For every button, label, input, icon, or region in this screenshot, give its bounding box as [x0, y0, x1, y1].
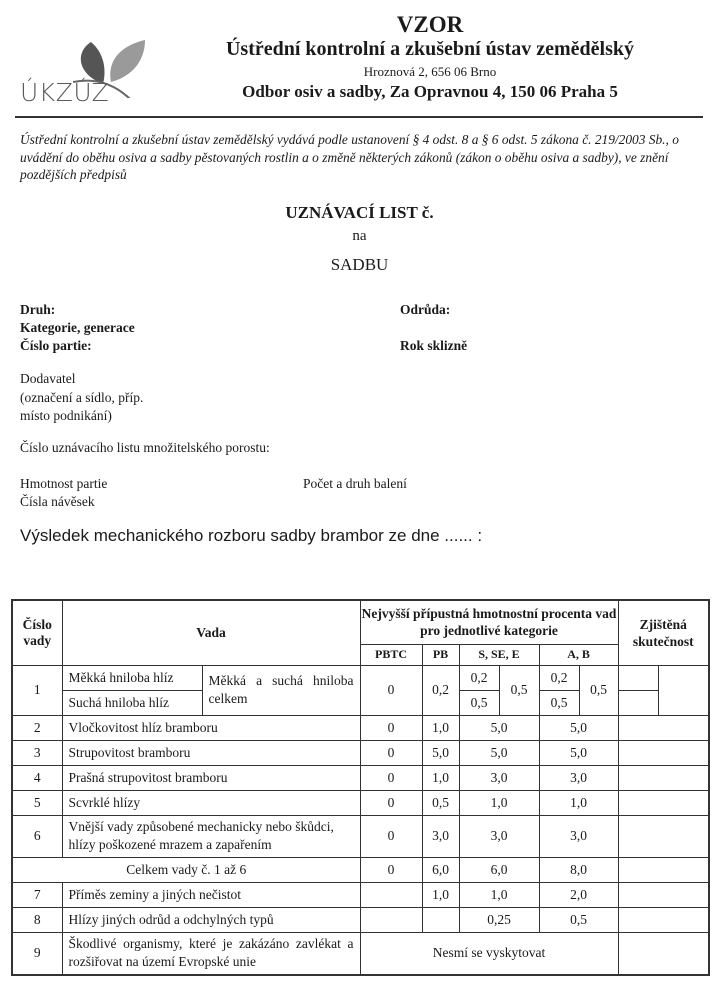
kategorie-label: Kategorie, generace — [20, 320, 135, 336]
actual-value-cell[interactable] — [618, 690, 658, 715]
value-pb: 6,0 — [422, 857, 459, 882]
value-a: 3,0 — [539, 765, 618, 790]
value-s-bottom: 0,5 — [459, 690, 499, 715]
defect-soft-rot: Měkká hniloba hlíz — [62, 665, 202, 690]
actual-value-cell[interactable] — [618, 740, 709, 765]
value-a: 0,5 — [539, 907, 618, 932]
table-row: 6 Vnější vady způsobené mechanicky nebo … — [12, 815, 709, 857]
institute-name: Ústřední kontrolní a zkušební ústav země… — [150, 38, 710, 61]
department-address: Odbor osiv a sadby, Za Opravnou 4, 150 0… — [150, 82, 710, 102]
value-a: 2,0 — [539, 882, 618, 907]
defect-name: Vnější vady způsobené mechanicky nebo šk… — [62, 815, 360, 857]
row-number: 9 — [12, 932, 62, 975]
actual-value-cell[interactable] — [618, 882, 709, 907]
dodavatel-line-1: Dodavatel — [20, 370, 143, 389]
defect-name: Příměs zeminy a jiných nečistot — [62, 882, 360, 907]
row-number: 8 — [12, 907, 62, 932]
defects-table: Číslo vady Vada Nejvyšší přípustná hmotn… — [11, 599, 710, 976]
odruda-label: Odrůda: — [400, 302, 450, 318]
value-s: 1,0 — [459, 790, 539, 815]
dodavatel-line-2: (označení a sídlo, příp. — [20, 389, 143, 408]
value-s: 0,25 — [459, 907, 539, 932]
header-cat-pb: PB — [422, 644, 459, 665]
table-row: 2 Vločkovitost hlíz bramboru 0 1,0 5,0 5… — [12, 715, 709, 740]
druh-label: Druh: — [20, 302, 55, 318]
value-a-top: 0,2 — [539, 665, 579, 690]
value-pbtc: 0 — [360, 715, 422, 740]
value-pbtc: 0 — [360, 765, 422, 790]
actual-value-cell[interactable] — [618, 907, 709, 932]
defect-rot-total: Měkká a suchá hniloba celkem — [202, 665, 360, 715]
defect-name: Hlízy jiných odrůd a odchylných typů — [62, 907, 360, 932]
row-number: 2 — [12, 715, 62, 740]
dodavatel-label: Dodavatel (označení a sídlo, příp. místo… — [20, 370, 143, 426]
ukzuz-logo: ÚKZÚZ — [18, 38, 158, 108]
value-s: 5,0 — [459, 715, 539, 740]
value-pbtc: 0 — [360, 665, 422, 715]
value-s: 6,0 — [459, 857, 539, 882]
defect-name: Prašná strupovitost bramboru — [62, 765, 360, 790]
row-number: 5 — [12, 790, 62, 815]
row-number: 3 — [12, 740, 62, 765]
total-label: Celkem vady č. 1 až 6 — [12, 857, 360, 882]
rok-sklizne-label: Rok sklizně — [400, 338, 467, 354]
value-s: 3,0 — [459, 815, 539, 857]
value-pbtc: 0 — [360, 857, 422, 882]
document-title-na: na — [0, 228, 719, 245]
header-cat-a: A, B — [539, 644, 618, 665]
actual-value-cell[interactable] — [618, 665, 658, 690]
actual-value-cell[interactable] — [618, 857, 709, 882]
table-row: 8 Hlízy jiných odrůd a odchylných typů 0… — [12, 907, 709, 932]
table-row: 3 Strupovitost bramboru 0 5,0 5,0 5,0 — [12, 740, 709, 765]
header-max-percent: Nejvyšší přípustná hmotnostní procenta v… — [360, 600, 618, 644]
value-s: 1,0 — [459, 882, 539, 907]
defect-name: Vločkovitost hlíz bramboru — [62, 715, 360, 740]
value-pb: 0,2 — [422, 665, 459, 715]
logo-text: ÚKZÚZ — [20, 78, 109, 107]
defect-name: Scvrklé hlízy — [62, 790, 360, 815]
value-pbtc: 0 — [360, 815, 422, 857]
value-s: 5,0 — [459, 740, 539, 765]
actual-value-cell[interactable] — [658, 665, 709, 715]
watermark-label: VZOR — [150, 12, 710, 38]
table-row-total: Celkem vady č. 1 až 6 0 6,0 6,0 8,0 — [12, 857, 709, 882]
header-vada: Vada — [62, 600, 360, 665]
value-a: 5,0 — [539, 740, 618, 765]
cisla-navesek-label: Čísla návěsek — [20, 494, 95, 510]
value-a-bottom: 0,5 — [539, 690, 579, 715]
header-cat-s: S, SE, E — [459, 644, 539, 665]
cislo-uznavaciho-label: Číslo uznávacího listu množitelského por… — [20, 440, 270, 456]
value-pb: 3,0 — [422, 815, 459, 857]
document-title: UZNÁVACÍ LIST č. — [0, 203, 719, 223]
value-s-top: 0,2 — [459, 665, 499, 690]
row-number: 4 — [12, 765, 62, 790]
value-pb: 1,0 — [422, 765, 459, 790]
defect-name: Strupovitost bramboru — [62, 740, 360, 765]
actual-value-cell[interactable] — [618, 765, 709, 790]
row-number: 6 — [12, 815, 62, 857]
actual-value-cell[interactable] — [618, 932, 709, 975]
cislo-partie-label: Číslo partie: — [20, 338, 92, 354]
value-pbtc: 0 — [360, 790, 422, 815]
hmotnost-label: Hmotnost partie — [20, 476, 107, 492]
value-pb: 1,0 — [422, 715, 459, 740]
row-number: 7 — [12, 882, 62, 907]
value-a: 5,0 — [539, 715, 618, 740]
value-pb: 5,0 — [422, 740, 459, 765]
value-a: 3,0 — [539, 815, 618, 857]
table-row: 5 Scvrklé hlízy 0 0,5 1,0 1,0 — [12, 790, 709, 815]
header-cislo: Číslo vady — [12, 600, 62, 665]
result-heading: Výsledek mechanického rozboru sadby bram… — [20, 526, 482, 546]
value-s-total: 0,5 — [499, 665, 539, 715]
document-subject: SADBU — [0, 255, 719, 275]
table-row: 1 Měkká hniloba hlíz Měkká a suchá hnilo… — [12, 665, 709, 690]
dodavatel-line-3: místo podnikání) — [20, 407, 143, 426]
value-pb — [422, 907, 459, 932]
value-a: 1,0 — [539, 790, 618, 815]
table-row: 9 Škodlivé organismy, které je zakázáno … — [12, 932, 709, 975]
value-pbtc: 0 — [360, 740, 422, 765]
value-pb: 1,0 — [422, 882, 459, 907]
actual-value-cell[interactable] — [618, 790, 709, 815]
defect-name: Škodlivé organismy, které je zakázáno za… — [62, 932, 360, 975]
value-not-allowed: Nesmí se vyskytovat — [360, 932, 618, 975]
actual-value-cell[interactable] — [618, 715, 709, 740]
header-divider — [15, 116, 703, 118]
defect-dry-rot: Suchá hniloba hlíz — [62, 690, 202, 715]
header-cat-pbtc: PBTC — [360, 644, 422, 665]
table-row: 7 Příměs zeminy a jiných nečistot 1,0 1,… — [12, 882, 709, 907]
header-zjistena: Zjištěná skutečnost — [618, 600, 709, 665]
institute-address: Hroznová 2, 656 06 Brno — [150, 64, 710, 80]
table-row: 4 Prašná strupovitost bramboru 0 1,0 3,0… — [12, 765, 709, 790]
value-a-total: 0,5 — [579, 665, 618, 715]
legal-text: Ústřední kontrolní a zkušební ústav země… — [20, 131, 710, 184]
pocet-baleni-label: Počet a druh balení — [303, 476, 407, 492]
value-pbtc — [360, 907, 422, 932]
value-pb: 0,5 — [422, 790, 459, 815]
value-s: 3,0 — [459, 765, 539, 790]
value-a: 8,0 — [539, 857, 618, 882]
row-number: 1 — [12, 665, 62, 715]
actual-value-cell[interactable] — [618, 815, 709, 857]
value-pbtc — [360, 882, 422, 907]
